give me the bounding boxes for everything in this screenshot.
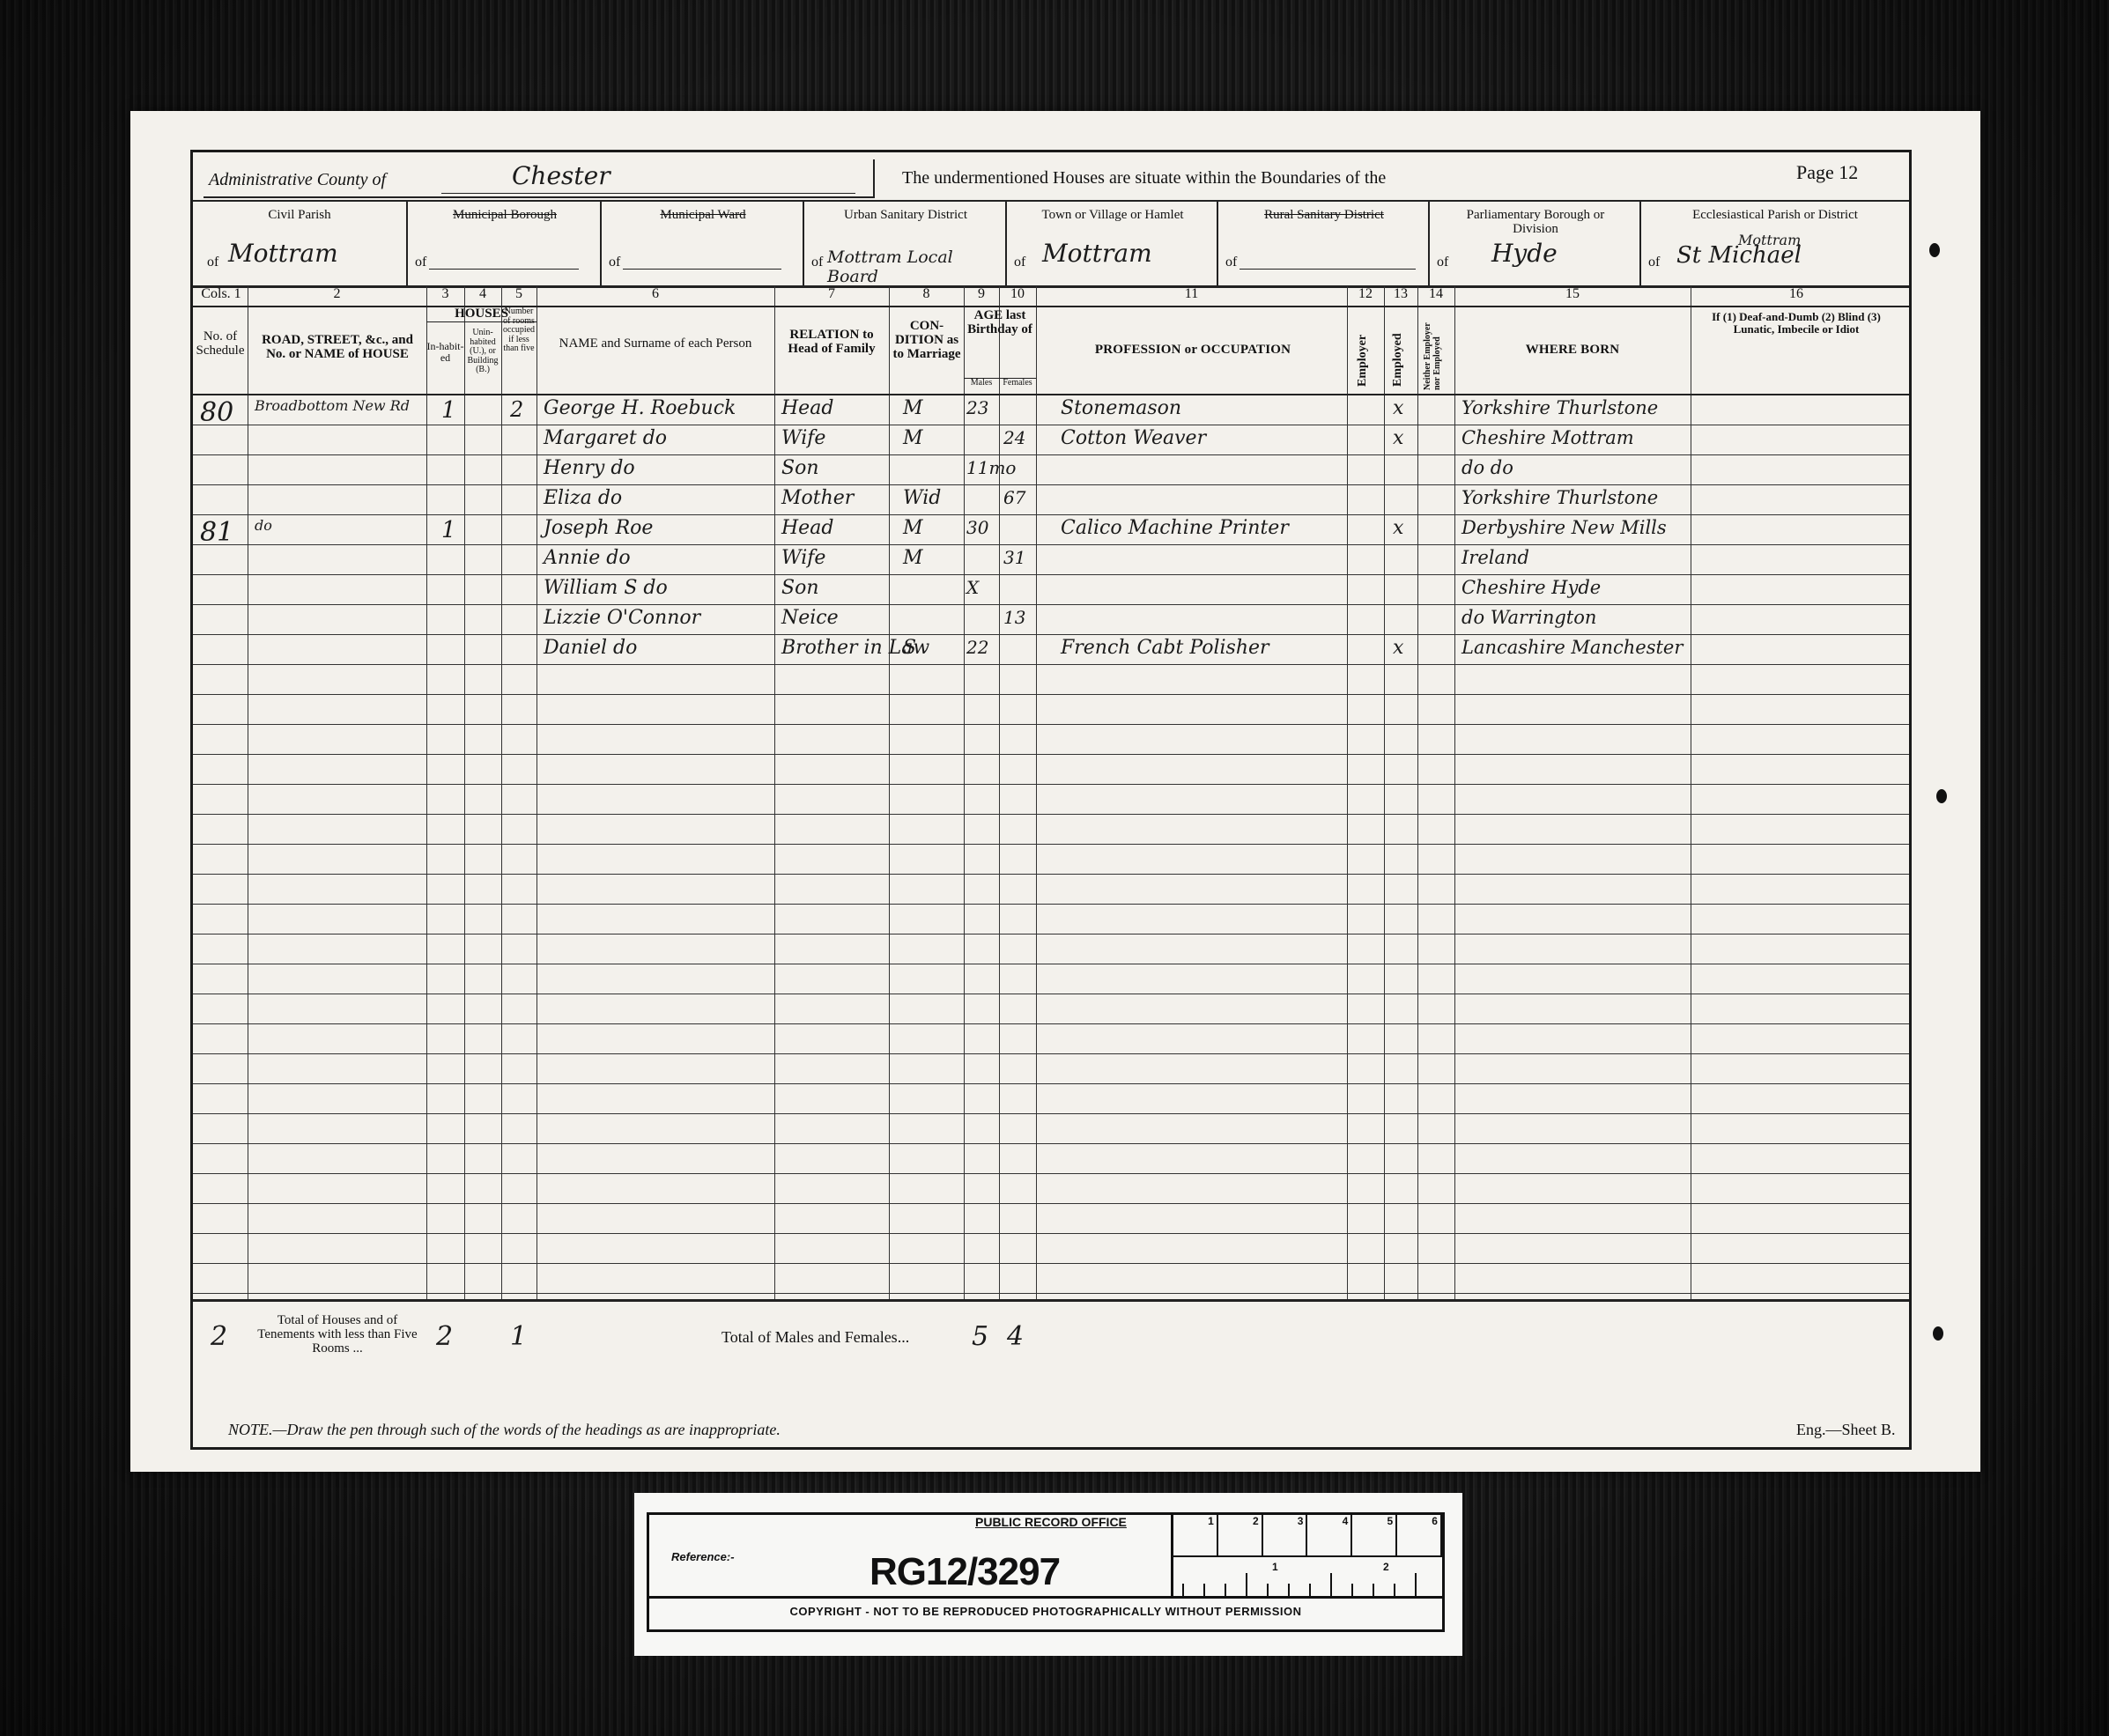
entry-relation: Head: [781, 397, 833, 419]
entry-inhabited: 1: [441, 397, 456, 424]
copyright-strip: COPYRIGHT - NOT TO BE REPRODUCED PHOTOGR…: [649, 1596, 1442, 1630]
binding-hole: [1933, 1326, 1943, 1341]
entry-born: Cheshire Hyde: [1461, 577, 1601, 598]
archive-office: PUBLIC RECORD OFFICE: [975, 1515, 1127, 1529]
entry-road: do: [255, 517, 272, 534]
entry-age-m: 30: [966, 517, 988, 538]
entry-born: Derbyshire New Mills: [1461, 517, 1667, 538]
civil-parish-value: Mottram: [228, 239, 338, 268]
district-ecclesiastical: Ecclesiastical Parish or District Mottra…: [1639, 202, 1909, 285]
total-inhabited: 2: [436, 1321, 453, 1352]
table-row: [193, 725, 1909, 755]
entry-condition: M: [903, 547, 923, 569]
table-row: [193, 695, 1909, 725]
header-relation: RELATION to Head of Family: [778, 329, 885, 357]
table-row: [193, 875, 1909, 905]
urban-sanitary-value: Mottram Local Board: [827, 247, 1007, 286]
entry-relation: Son: [781, 577, 819, 599]
header-uninhabited: Unin-habited (U.), or Building (B.): [464, 329, 501, 375]
column-number-row: Cols. 1 2 3 4 5 6 7 8 9 10 11 12 13 14 1…: [193, 286, 1909, 307]
entry-employed: x: [1393, 637, 1403, 659]
scale-ruler: 123456 12: [1171, 1515, 1442, 1596]
entry-age-f: 13: [1003, 607, 1025, 628]
header-name: NAME and Surname of each Person: [545, 337, 766, 351]
table-row: [193, 934, 1909, 964]
entry-relation: Mother: [781, 487, 854, 509]
table-row: [193, 845, 1909, 875]
archive-reference-label: PUBLIC RECORD OFFICE Reference:- RG12/32…: [634, 1493, 1462, 1656]
entry-born: do do: [1461, 457, 1513, 478]
table-row: [193, 785, 1909, 815]
table-row: [193, 665, 1909, 695]
table-row: Daniel doBrother in LawS22French Cabt Po…: [193, 635, 1909, 665]
total-males: 5: [972, 1321, 988, 1352]
entry-condition: S: [903, 637, 916, 659]
entry-age-f: 67: [1003, 487, 1025, 508]
form-frame: Administrative County of Chester The und…: [190, 150, 1912, 1450]
table-row: [193, 1084, 1909, 1114]
entry-schedule: 80: [200, 397, 233, 428]
entry-name: Lizzie O'Connor: [544, 607, 700, 629]
ruler-cm-mark: 4: [1307, 1515, 1352, 1555]
header-infirmity: If (1) Deaf-and-Dumb (2) Blind (3) Lunat…: [1699, 311, 1893, 335]
table-row: Margaret doWifeM24Cotton WeaverxCheshire…: [193, 425, 1909, 455]
header-schedule: No. of Schedule: [195, 330, 246, 358]
header-where-born: WHERE BORN: [1454, 343, 1691, 358]
ruler-cm-mark: 2: [1218, 1515, 1263, 1555]
entry-name: George H. Roebuck: [544, 397, 736, 419]
entry-occupation: Cotton Weaver: [1061, 427, 1206, 449]
totals-row: 2 Total of Houses and of Tenements with …: [193, 1299, 1909, 1379]
entries-body: 80Broadbottom New Rd12George H. RoebuckH…: [193, 395, 1909, 1294]
table-row: [193, 1114, 1909, 1144]
district-rural-sanitary: Rural Sanitary District of: [1217, 202, 1430, 285]
entry-occupation: Calico Machine Printer: [1061, 517, 1289, 539]
entry-born: Cheshire Mottram: [1461, 427, 1634, 448]
admin-county-label: Administrative County of: [209, 170, 386, 190]
table-row: Annie doWifeM31Ireland: [193, 545, 1909, 575]
ecclesiastical-value: St Michael: [1676, 242, 1802, 269]
table-row: [193, 1174, 1909, 1204]
ruler-cm-mark: 6: [1397, 1515, 1442, 1555]
table-row: [193, 905, 1909, 934]
entry-name: Annie do: [544, 547, 631, 569]
entry-relation: Wife: [781, 427, 825, 449]
entry-age-m: X: [966, 577, 979, 598]
table-row: [193, 1234, 1909, 1264]
binding-hole: [1929, 243, 1940, 257]
entry-name: Eliza do: [544, 487, 622, 509]
entry-relation: Wife: [781, 547, 825, 569]
table-row: Lizzie O'ConnorNeice13do Warrington: [193, 605, 1909, 635]
entry-name: Henry do: [544, 457, 635, 479]
entry-relation: Son: [781, 457, 819, 479]
table-row: [193, 755, 1909, 785]
entry-schedule: 81: [200, 517, 233, 548]
entry-occupation: Stonemason: [1061, 397, 1181, 419]
table-row: [193, 815, 1909, 845]
header-employer: Employer: [1356, 316, 1370, 387]
table-row: [193, 994, 1909, 1024]
entry-age-m: 23: [966, 397, 988, 418]
entry-inhabited: 1: [441, 517, 456, 543]
archive-label-frame: PUBLIC RECORD OFFICE Reference:- RG12/32…: [647, 1512, 1445, 1632]
admin-county-value: Chester: [512, 161, 610, 190]
entry-condition: M: [903, 397, 923, 419]
entry-name: Daniel do: [544, 637, 637, 659]
sheet-label: Eng.—Sheet B.: [1796, 1421, 1896, 1439]
entry-born: do Warrington: [1461, 607, 1596, 628]
ruler-inch-mark: 1: [1272, 1561, 1278, 1573]
table-row: Eliza doMotherWid67Yorkshire Thurlstone: [193, 485, 1909, 515]
table-row: William S doSonXCheshire Hyde: [193, 575, 1909, 605]
entry-name: Joseph Roe: [544, 517, 653, 539]
entry-name: Margaret do: [544, 427, 667, 449]
entry-age-m: 22: [966, 637, 988, 658]
table-row: [193, 1204, 1909, 1234]
census-table: Cols. 1 2 3 4 5 6 7 8 9 10 11 12 13 14 1…: [193, 286, 1909, 1378]
district-municipal-borough: Municipal Borough of: [406, 202, 602, 285]
table-row: 80Broadbottom New Rd12George H. RoebuckH…: [193, 395, 1909, 425]
page-number: Page 12: [1796, 161, 1858, 184]
header-occupation: PROFESSION or OCCUPATION: [1039, 343, 1347, 358]
table-row: [193, 964, 1909, 994]
district-urban-sanitary: Urban Sanitary District of Mottram Local…: [803, 202, 1007, 285]
header-inhabited: In-habit-ed: [426, 341, 464, 363]
entry-rooms: 2: [510, 397, 523, 422]
admin-county-box: Administrative County of Chester: [203, 159, 875, 198]
entry-road: Broadbottom New Rd: [255, 397, 410, 414]
ruler-inch-mark: 2: [1383, 1561, 1389, 1573]
entry-condition: Wid: [903, 487, 941, 509]
entry-employed: x: [1393, 517, 1403, 539]
district-town: Town or Village or Hamlet of Mottram: [1005, 202, 1218, 285]
table-row: Henry doSon11modo do: [193, 455, 1909, 485]
reference-number: RG12/3297: [869, 1550, 1060, 1594]
table-row: [193, 1264, 1909, 1294]
copyright-text: COPYRIGHT - NOT TO BE REPRODUCED PHOTOGR…: [789, 1605, 1301, 1618]
ruler-cm-mark: 3: [1263, 1515, 1308, 1555]
header-employed: Employed: [1391, 316, 1405, 387]
entry-employed: x: [1393, 427, 1403, 449]
total-schedules: 2: [211, 1321, 227, 1352]
entry-age-f: 24: [1003, 427, 1025, 448]
table-row: 81do1Joseph RoeHeadM30Calico Machine Pri…: [193, 515, 1909, 545]
entry-born: Lancashire Manchester: [1461, 637, 1683, 658]
table-row: [193, 1054, 1909, 1084]
ruler-cm-mark: 5: [1352, 1515, 1397, 1555]
total-persons-label: Total of Males and Females...: [721, 1328, 909, 1347]
districts-row: Civil Parish of Mottram Municipal Boroug…: [193, 200, 1909, 288]
header-rooms: Number of rooms occupied if less than fi…: [501, 307, 536, 354]
boundaries-statement: The undermentioned Houses are situate wi…: [902, 168, 1386, 188]
column-header-row: No. of Schedule ROAD, STREET, &c., and N…: [193, 306, 1909, 395]
entry-name: William S do: [544, 577, 668, 599]
header-age: AGE last Birthday of: [964, 309, 1036, 337]
table-row: [193, 1024, 1909, 1054]
total-houses-label: Total of Houses and of Tenements with le…: [251, 1314, 424, 1356]
entry-relation: Head: [781, 517, 833, 539]
entry-employed: x: [1393, 397, 1403, 419]
total-females: 4: [1007, 1321, 1024, 1352]
header-road: ROAD, STREET, &c., and No. or NAME of HO…: [251, 334, 424, 362]
entry-age-m: 11mo: [966, 457, 1016, 478]
ruler-cm-mark: 1: [1173, 1515, 1218, 1555]
reference-label: Reference:-: [671, 1550, 735, 1563]
entry-age-f: 31: [1003, 547, 1025, 568]
parliamentary-value: Hyde: [1491, 239, 1558, 268]
entry-born: Yorkshire Thurlstone: [1461, 397, 1658, 418]
district-civil-parish: Civil Parish of Mottram: [193, 202, 406, 285]
town-value: Mottram: [1042, 239, 1152, 268]
entry-relation: Neice: [781, 607, 839, 629]
header-neither: Neither Employer nor Employed: [1423, 309, 1442, 390]
district-parliamentary: Parliamentary Borough or Division of Hyd…: [1428, 202, 1641, 285]
table-row: [193, 1144, 1909, 1174]
binding-hole: [1936, 789, 1947, 803]
entry-born: Ireland: [1461, 547, 1529, 568]
census-sheet: Administrative County of Chester The und…: [130, 111, 1980, 1472]
entry-occupation: French Cabt Polisher: [1061, 637, 1269, 659]
entry-condition: M: [903, 517, 923, 539]
footer-note: NOTE.—Draw the pen through such of the w…: [228, 1421, 781, 1439]
total-rooms: 1: [510, 1321, 527, 1352]
entry-condition: M: [903, 427, 923, 449]
header-condition: CON-DITION as to Marriage: [891, 320, 963, 361]
district-municipal-ward: Municipal Ward of: [600, 202, 804, 285]
entry-born: Yorkshire Thurlstone: [1461, 487, 1658, 508]
